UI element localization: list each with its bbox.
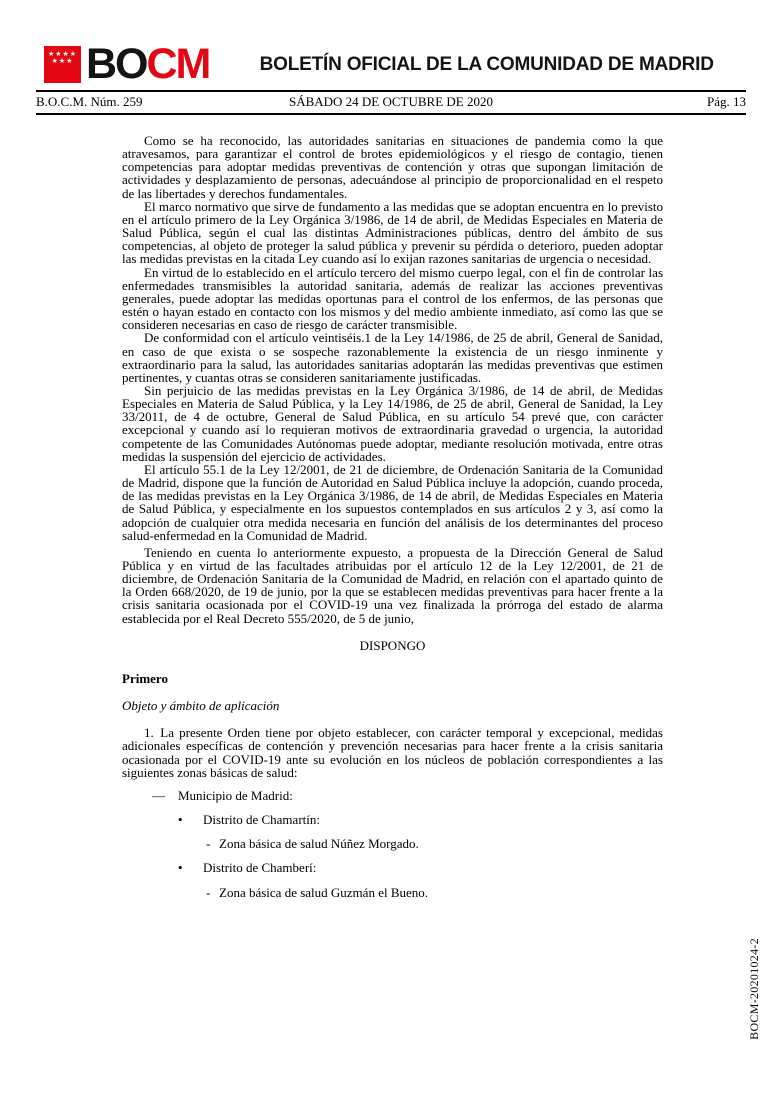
list-text: Distrito de Chamartín: [203,813,320,826]
numbered-item-1: 1. La presente Orden tiene por objeto es… [122,726,663,779]
paragraph-1: Como se ha reconocido, las autoridades s… [122,134,663,200]
list-text: Distrito de Chamberí: [203,861,316,874]
bocm-logo: ★★★★ ★★★ BOCM [44,46,209,83]
paragraph-7: Teniendo en cuenta lo anteriormente expu… [122,546,663,625]
issue-date: SÁBADO 24 DE OCTUBRE DE 2020 [162,94,619,110]
list-marker: • [178,861,203,874]
paragraph-3: En virtud de lo establecido en el artícu… [122,266,663,332]
gazette-title: BOLETÍN OFICIAL DE LA COMUNIDAD DE MADRI… [209,54,746,76]
paragraph-6: El artículo 55.1 de la Ley 12/2001, de 2… [122,463,663,542]
flag-stars-row2: ★★★ [52,58,74,65]
meta-row: B.O.C.M. Núm. 259 SÁBADO 24 DE OCTUBRE D… [36,92,746,113]
section-subheading: Objeto y ámbito de aplicación [122,699,663,712]
list-item: - Zona básica de salud Núñez Morgado. [122,837,663,850]
madrid-flag-icon: ★★★★ ★★★ [44,46,81,83]
issue-number: B.O.C.M. Núm. 259 [36,94,162,110]
list-marker: - [206,837,219,850]
list-marker: — [152,789,178,802]
list-marker: - [206,886,219,899]
header-rule-bottom [36,113,746,115]
paragraph-5: Sin perjuicio de las medidas previstas e… [122,384,663,463]
list-text: Zona básica de salud Núñez Morgado. [219,837,419,850]
section-heading-primero: Primero [122,672,663,685]
logo-cm: CM [147,40,210,88]
masthead: ★★★★ ★★★ BOCM BOLETÍN OFICIAL DE LA COMU… [0,0,782,90]
page-number: Pág. 13 [620,94,746,110]
list-item: - Zona básica de salud Guzmán el Bueno. [122,886,663,899]
list-item: — Municipio de Madrid: [122,789,663,802]
vertical-document-code: BOCM-20201024-2 [747,938,762,1040]
zone-list: — Municipio de Madrid: • Distrito de Cha… [122,789,663,899]
bocm-logotype: BOCM [86,46,209,83]
logo-bo: BO [86,40,147,88]
list-marker: • [178,813,203,826]
list-item: • Distrito de Chamberí: [122,861,663,874]
paragraph-2: El marco normativo que sirve de fundamen… [122,200,663,266]
list-item: • Distrito de Chamartín: [122,813,663,826]
list-text: Municipio de Madrid: [178,789,293,802]
paragraph-4: De conformidad con el artículo veintiséi… [122,331,663,384]
document-body: Como se ha reconocido, las autoridades s… [122,134,663,899]
gazette-page: ★★★★ ★★★ BOCM BOLETÍN OFICIAL DE LA COMU… [0,0,782,1120]
list-text: Zona básica de salud Guzmán el Bueno. [219,886,428,899]
dispongo-heading: DISPONGO [122,639,663,652]
